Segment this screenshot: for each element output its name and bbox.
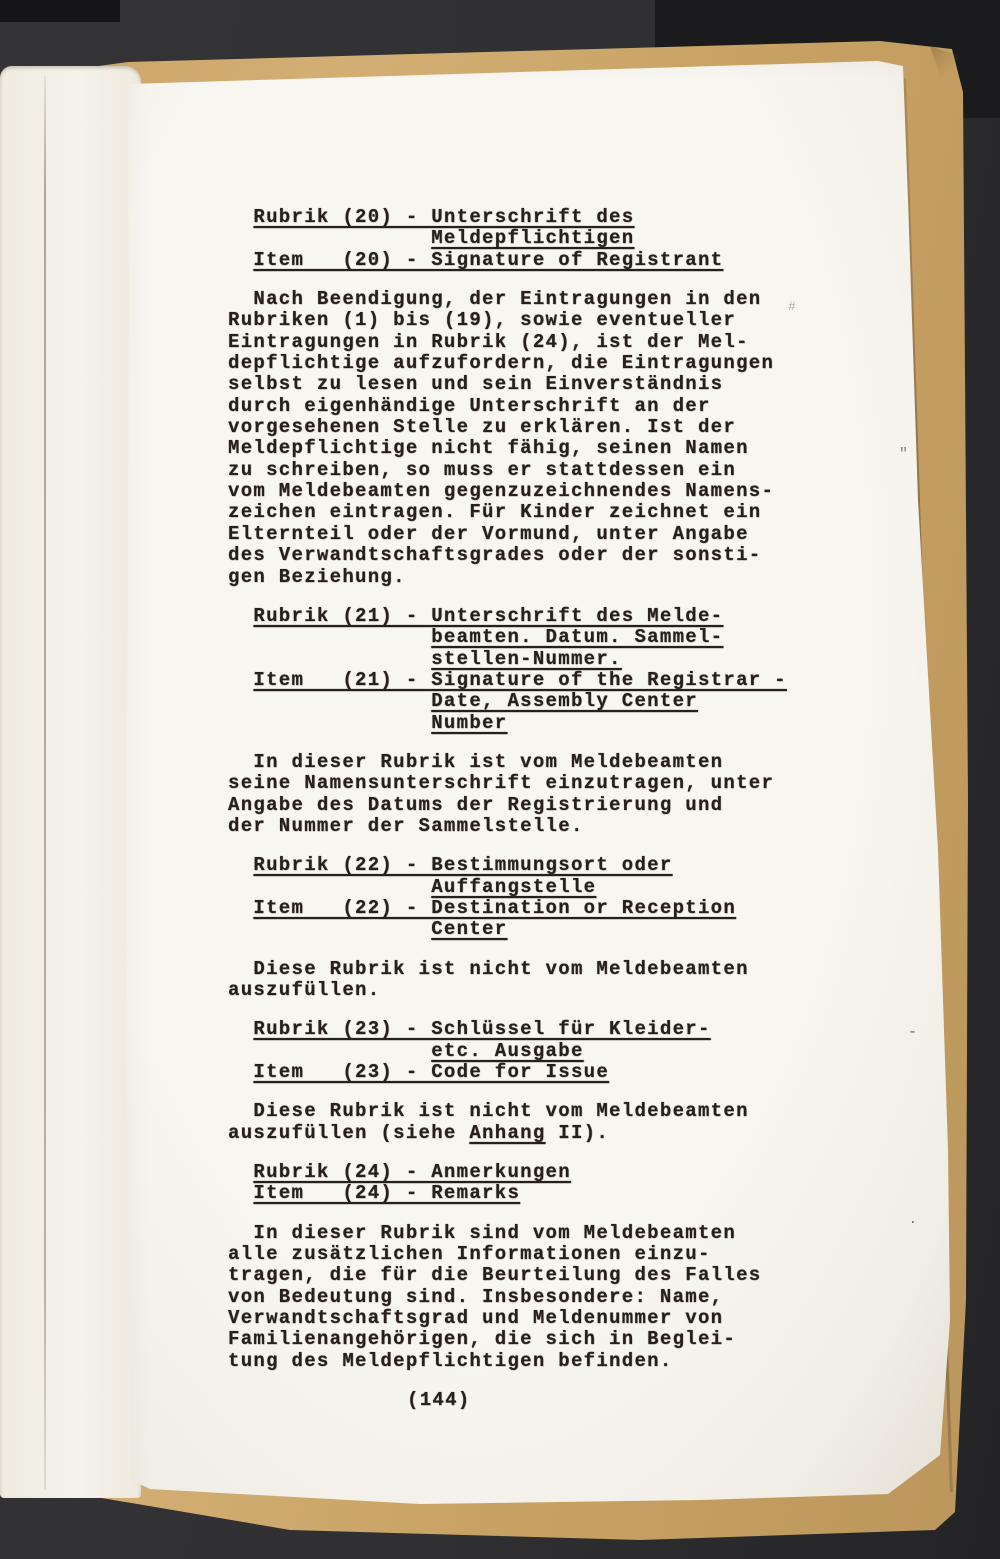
heading-line: Item (21) - Signature of the Registrar - <box>228 670 813 691</box>
heading-line: Center <box>228 919 813 940</box>
body-line: alle zusätzlichen Informationen einzu- <box>228 1244 813 1265</box>
ink-speck: " <box>899 446 908 463</box>
section-body: In dieser Rubrik sind vom Meldebeamtenal… <box>228 1223 813 1372</box>
body-line: zeichen eintragen. Für Kinder zeichnet e… <box>228 502 813 523</box>
body-line: zu schreiben, so muss er stattdessen ein <box>228 460 813 481</box>
body-line: Diese Rubrik ist nicht vom Meldebeamten <box>228 959 813 980</box>
body-line: auszufüllen (siehe Anhang II). <box>228 1123 813 1144</box>
section-rubrik-24: Rubrik (24) - Anmerkungen Item (24) - Re… <box>228 1162 813 1372</box>
section-body: Diese Rubrik ist nicht vom Meldebeamtena… <box>228 959 813 1002</box>
body-line: Angabe des Datums der Registrierung und <box>228 795 813 816</box>
body-line: Verwandtschaftsgrad und Meldenummer von <box>228 1308 813 1329</box>
body-line: der Nummer der Sammelstelle. <box>228 816 813 837</box>
heading-line: Number <box>228 713 813 734</box>
body-line: seine Namensunterschrift einzutragen, un… <box>228 773 813 794</box>
document-page: Rubrik (20) - Unterschrift des Meldepfli… <box>0 0 1000 1559</box>
heading-line: Item (23) - Code for Issue <box>228 1062 813 1083</box>
body-line: Elternteil oder der Vormund, unter Angab… <box>228 524 813 545</box>
body-line: Rubriken (1) bis (19), sowie eventueller <box>228 310 813 331</box>
body-line: durch eigenhändige Unterschrift an der <box>228 396 813 417</box>
section-rubrik-20: Rubrik (20) - Unterschrift des Meldepfli… <box>228 207 813 588</box>
body-line: depflichtige aufzufordern, die Eintragun… <box>228 353 813 374</box>
section-body: Nach Beendigung, der Eintragungen in den… <box>228 289 813 588</box>
heading-line: Rubrik (24) - Anmerkungen <box>228 1162 813 1183</box>
section-heading: Rubrik (23) - Schlüssel für Kleider- etc… <box>228 1019 813 1083</box>
heading-line: stellen-Nummer. <box>228 649 813 670</box>
page-number: (144) <box>228 1390 813 1411</box>
heading-line: Rubrik (21) - Unterschrift des Melde- <box>228 606 813 627</box>
heading-line: Date, Assembly Center <box>228 691 813 712</box>
body-line: Diese Rubrik ist nicht vom Meldebeamten <box>228 1101 813 1122</box>
heading-line: etc. Ausgabe <box>228 1041 813 1062</box>
background-shadow-left <box>0 0 120 22</box>
page-stack-edge <box>0 66 141 1498</box>
body-line: Familienangehörigen, die sich in Beglei- <box>228 1329 813 1350</box>
body-line: vom Meldebeamten gegenzuzeichnendes Name… <box>228 481 813 502</box>
heading-line: Item (24) - Remarks <box>228 1183 813 1204</box>
section-heading: Rubrik (20) - Unterschrift des Meldepfli… <box>228 207 813 271</box>
sections-container: Rubrik (20) - Unterschrift des Meldepfli… <box>228 207 813 1372</box>
body-line: selbst zu lesen und sein Einverständnis <box>228 374 813 395</box>
ink-speck: - <box>908 1024 917 1041</box>
heading-line: Meldepflichtigen <box>228 228 813 249</box>
body-line: tung des Meldepflichtigen befinden. <box>228 1351 813 1372</box>
body-line: Meldepflichtige nicht fähig, seinen Name… <box>228 438 813 459</box>
body-line: Nach Beendigung, der Eintragungen in den <box>228 289 813 310</box>
body-line: tragen, die für die Beurteilung des Fall… <box>228 1265 813 1286</box>
section-rubrik-21: Rubrik (21) - Unterschrift des Melde- be… <box>228 606 813 837</box>
heading-line: Auffangstelle <box>228 877 813 898</box>
body-line: In dieser Rubrik ist vom Meldebeamten <box>228 752 813 773</box>
heading-line: Rubrik (23) - Schlüssel für Kleider- <box>228 1019 813 1040</box>
heading-line: Item (22) - Destination or Reception <box>228 898 813 919</box>
section-heading: Rubrik (24) - Anmerkungen Item (24) - Re… <box>228 1162 813 1205</box>
body-line: des Verwandtschaftsgrades oder der sonst… <box>228 545 813 566</box>
book-scan-photo: Rubrik (20) - Unterschrift des Meldepfli… <box>0 0 1000 1559</box>
heading-line: Rubrik (22) - Bestimmungsort oder <box>228 855 813 876</box>
heading-line: Item (20) - Signature of Registrant <box>228 250 813 271</box>
body-line: vorgesehenen Stelle zu erklären. Ist der <box>228 417 813 438</box>
page-stack-divider <box>44 76 46 1490</box>
section-rubrik-23: Rubrik (23) - Schlüssel für Kleider- etc… <box>228 1019 813 1144</box>
ink-speck: . <box>909 1212 917 1227</box>
body-line: gen Beziehung. <box>228 567 813 588</box>
section-heading: Rubrik (22) - Bestimmungsort oder Auffan… <box>228 855 813 940</box>
heading-line: beamten. Datum. Sammel- <box>228 627 813 648</box>
body-line: von Bedeutung sind. Insbesondere: Name, <box>228 1287 813 1308</box>
section-rubrik-22: Rubrik (22) - Bestimmungsort oder Auffan… <box>228 855 813 1001</box>
text-column: Rubrik (20) - Unterschrift des Meldepfli… <box>228 207 813 1412</box>
body-line: Eintragungen in Rubrik (24), ist der Mel… <box>228 332 813 353</box>
body-line: auszufüllen. <box>228 980 813 1001</box>
body-line: In dieser Rubrik sind vom Meldebeamten <box>228 1223 813 1244</box>
section-body: Diese Rubrik ist nicht vom Meldebeamtena… <box>228 1101 813 1144</box>
heading-line: Rubrik (20) - Unterschrift des <box>228 207 813 228</box>
section-heading: Rubrik (21) - Unterschrift des Melde- be… <box>228 606 813 734</box>
section-body: In dieser Rubrik ist vom Meldebeamtensei… <box>228 752 813 837</box>
